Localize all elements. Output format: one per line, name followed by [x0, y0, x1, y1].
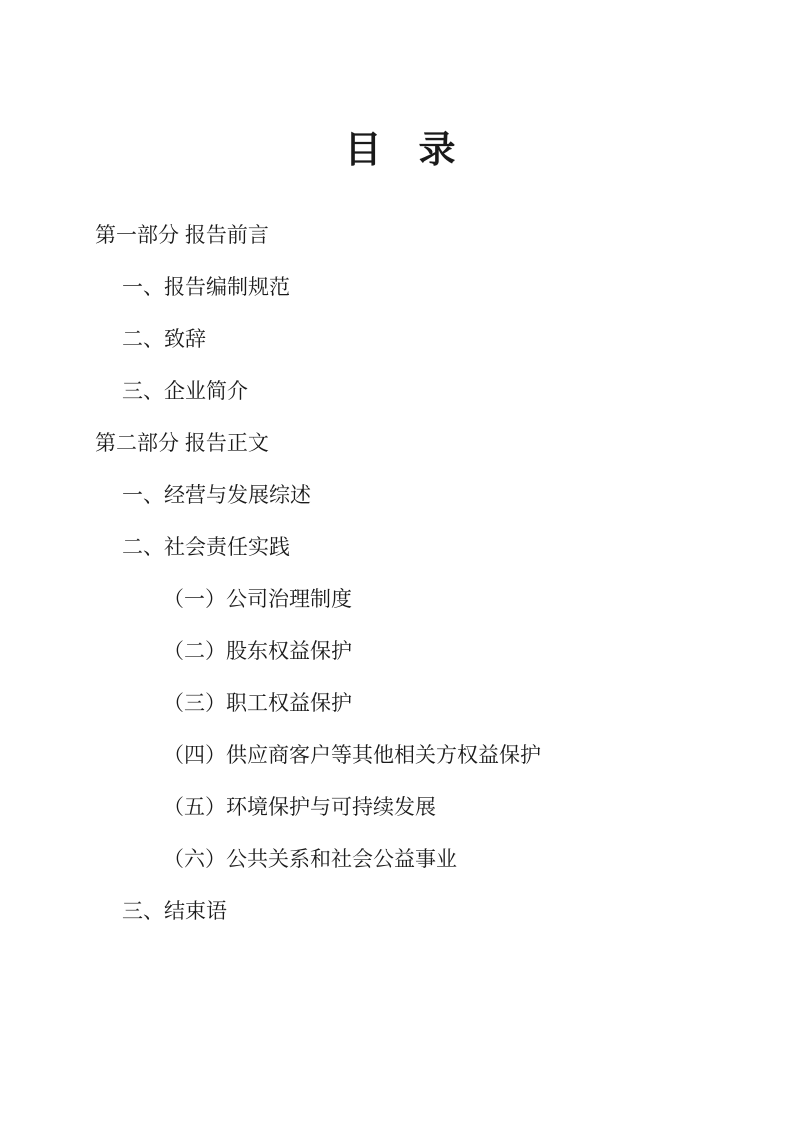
toc-item: 第二部分 报告正文: [0, 418, 800, 470]
toc-item: （五）环境保护与可持续发展: [0, 782, 800, 834]
document-page: 目 录 第一部分 报告前言 一、报告编制规范 二、致辞 三、企业简介 第二部分 …: [0, 0, 800, 1132]
table-of-contents: 第一部分 报告前言 一、报告编制规范 二、致辞 三、企业简介 第二部分 报告正文…: [0, 210, 800, 938]
toc-item: 第一部分 报告前言: [0, 210, 800, 262]
page-title: 目 录: [0, 0, 800, 172]
toc-item: （六）公共关系和社会公益事业: [0, 834, 800, 886]
toc-item: （二）股东权益保护: [0, 626, 800, 678]
toc-item: 二、社会责任实践: [0, 522, 800, 574]
toc-item: （三）职工权益保护: [0, 678, 800, 730]
toc-item: 一、经营与发展综述: [0, 470, 800, 522]
toc-item: （四）供应商客户等其他相关方权益保护: [0, 730, 800, 782]
toc-item: 三、结束语: [0, 886, 800, 938]
toc-item: 二、致辞: [0, 314, 800, 366]
toc-item: 一、报告编制规范: [0, 262, 800, 314]
toc-item: （一）公司治理制度: [0, 574, 800, 626]
toc-item: 三、企业简介: [0, 366, 800, 418]
